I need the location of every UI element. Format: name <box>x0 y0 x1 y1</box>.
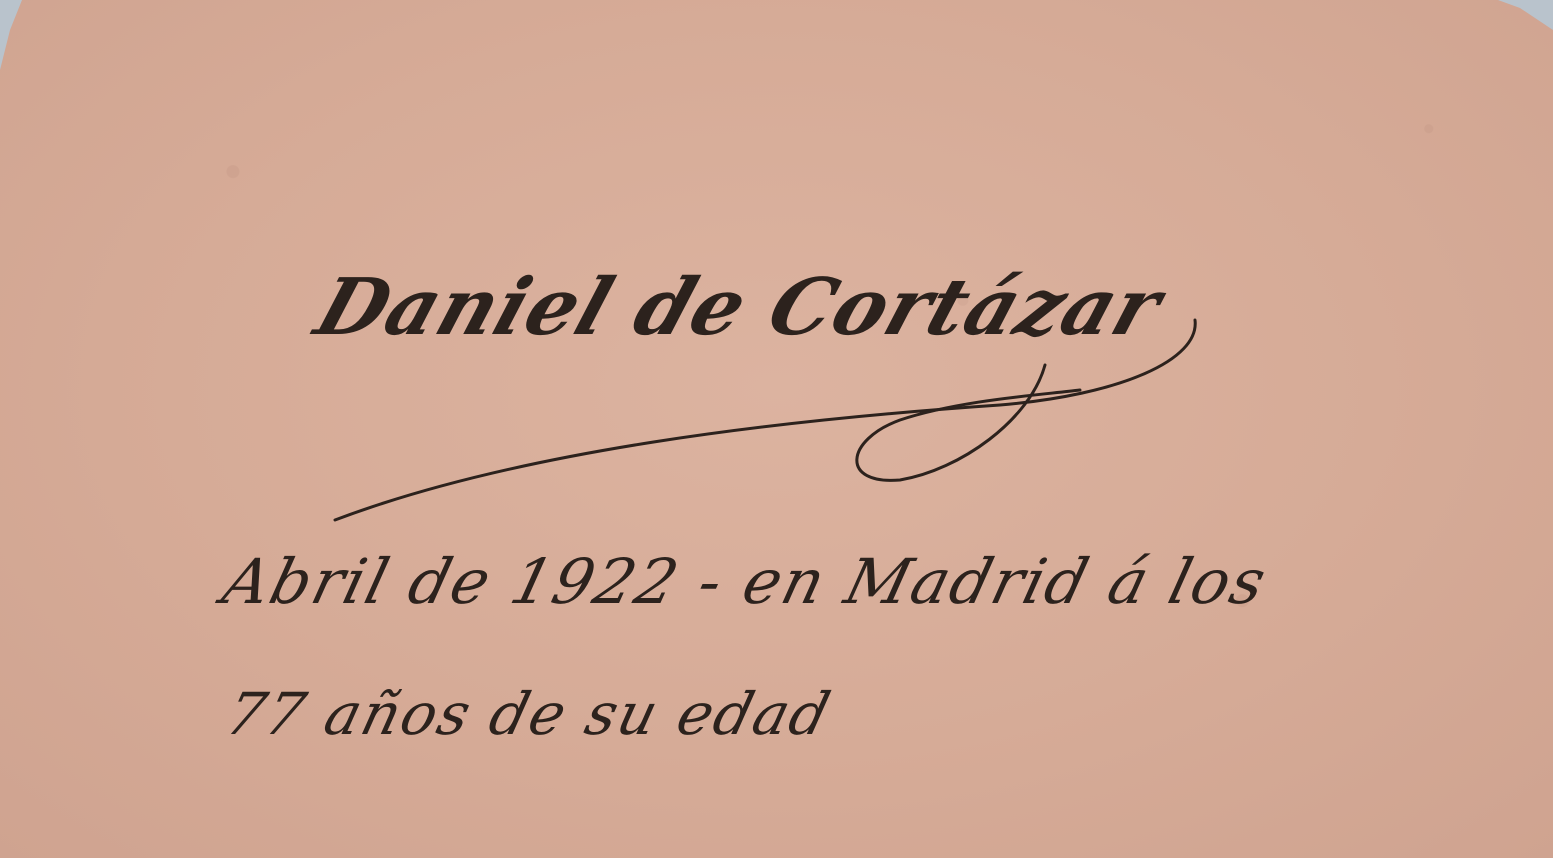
age-line: 77 años de su edad <box>220 680 839 748</box>
paper-card: Daniel de Cortázar Abril de 1922 - en Ma… <box>0 0 1553 858</box>
signature: Daniel de Cortázar <box>305 262 1173 353</box>
date-place-line: Abril de 1922 - en Madrid á los <box>216 545 1275 618</box>
